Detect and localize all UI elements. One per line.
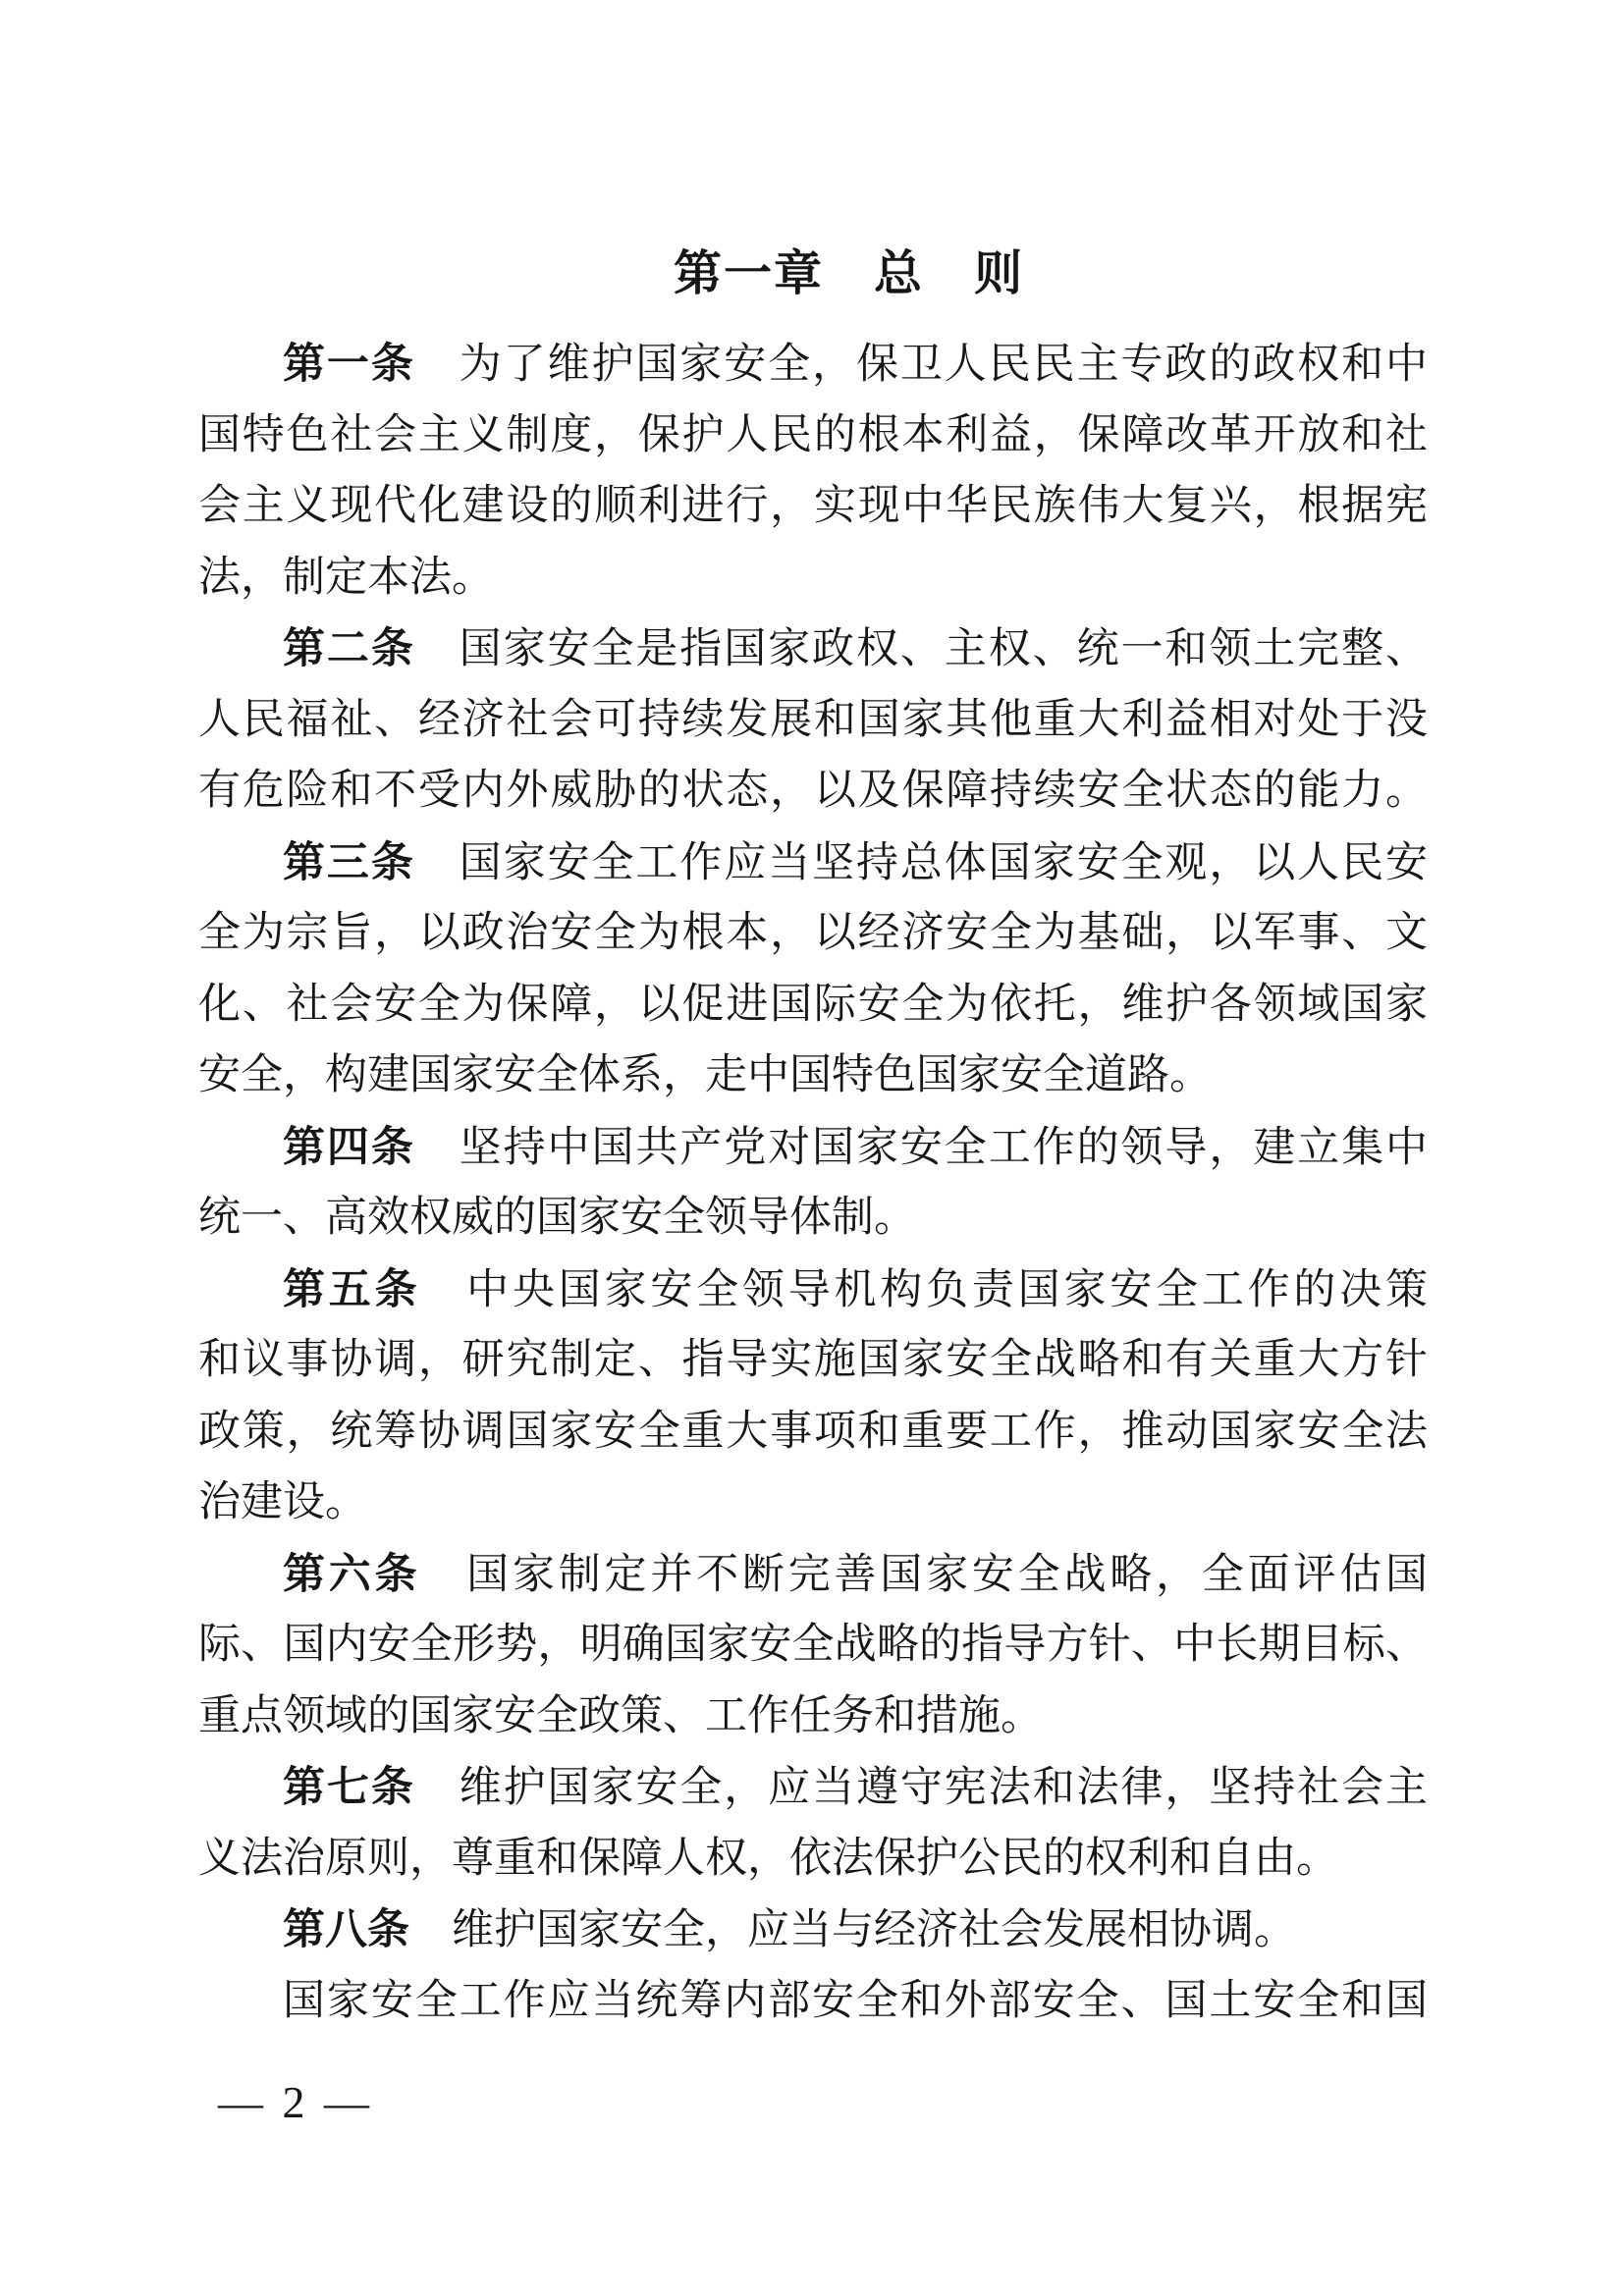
text-line: 政策，统筹协调国家安全重大事项和重要工作，推动国家安全法 [198,1397,1428,1468]
page-number: — 2 — [218,2073,373,2132]
text-line: 全为宗旨，以政治安全为根本，以经济安全为基础，以军事、文 [198,898,1428,970]
line-text: 际、国内安全形势，明确国家安全战略的指导方针、中长期目标、 [198,1622,1428,1668]
text-line: 国特色社会主义制度，保护人民的根本利益，保障改革开放和社 [198,400,1428,472]
line-text: 有危险和不受内外威胁的状态，以及保障持续安全状态的能力。 [198,768,1428,814]
text-line: 化、社会安全为保障，以促进国际安全为依托，维护各领域国家 [198,970,1428,1041]
text-line: 第六条 国家制定并不断完善国家安全战略，全面评估国 [198,1539,1428,1611]
line-text: 重点领域的国家安全政策、工作任务和措施。 [198,1693,1043,1739]
document-body: 第一条 为了维护国家安全，保卫人民民主专政的政权和中国特色社会主义制度，保护人民… [198,329,1428,2037]
chapter-heading: 第一章 总 则 [198,239,1421,309]
line-text: 国特色社会主义制度，保护人民的根本利益，保障改革开放和社 [198,412,1428,458]
line-text: 国家安全是指国家政权、主权、统一和领土完整、 [415,626,1428,672]
text-line: 治建设。 [198,1468,1428,1539]
article-number: 第八条 [283,1906,409,1953]
line-text: 国家安全工作应当坚持总体国家安全观，以人民安 [415,840,1428,886]
line-text: 义法治原则，尊重和保障人权，依法保护公民的权利和自由。 [198,1836,1338,1882]
line-text: 中央国家安全领导机构负责国家安全工作的决策 [420,1267,1428,1313]
text-line: 有危险和不受内外威胁的状态，以及保障持续安全状态的能力。 [198,756,1428,828]
line-text: 统一、高效权威的国家安全领导体制。 [198,1195,916,1241]
text-line: 第五条 中央国家安全领导机构负责国家安全工作的决策 [198,1255,1428,1326]
line-text: 人民福祉、经济社会可持续发展和国家其他重大利益相对处于没 [198,697,1428,743]
line-text: 全为宗旨，以政治安全为根本，以经济安全为基础，以军事、文 [198,910,1428,956]
line-text: 安全，构建国家安全体系，走中国特色国家安全道路。 [198,1052,1212,1098]
text-line: 安全，构建国家安全体系，走中国特色国家安全道路。 [198,1041,1428,1112]
text-line: 会主义现代化建设的顺利进行，实现中华民族伟大复兴，根据宪 [198,471,1428,543]
line-text: 坚持中国共产党对国家安全工作的领导，建立集中 [415,1125,1428,1171]
text-line: 第八条 维护国家安全，应当与经济社会发展相协调。 [198,1895,1428,1966]
text-line: 第一条 为了维护国家安全，保卫人民民主专政的政权和中 [198,329,1428,400]
article-number: 第三条 [283,839,415,886]
text-line: 和议事协调，研究制定、指导实施国家安全战略和有关重大方针 [198,1325,1428,1397]
line-text: 会主义现代化建设的顺利进行，实现中华民族伟大复兴，根据宪 [198,483,1428,529]
text-line: 第三条 国家安全工作应当坚持总体国家安全观，以人民安 [198,828,1428,899]
text-line: 重点领域的国家安全政策、工作任务和措施。 [198,1682,1428,1753]
line-text: 和议事协调，研究制定、指导实施国家安全战略和有关重大方针 [198,1337,1428,1383]
article-number: 第七条 [283,1764,415,1811]
article-number: 第五条 [283,1266,420,1313]
line-text: 化、社会安全为保障，以促进国际安全为依托，维护各领域国家 [198,982,1428,1028]
line-text: 国家制定并不断完善国家安全战略，全面评估国 [420,1552,1428,1598]
line-text: 为了维护国家安全，保卫人民民主专政的政权和中 [415,342,1428,388]
line-text: 法，制定本法。 [198,555,494,601]
article-number: 第六条 [283,1551,420,1598]
text-line: 人民福祉、经济社会可持续发展和国家其他重大利益相对处于没 [198,685,1428,757]
text-line: 统一、高效权威的国家安全领导体制。 [198,1183,1428,1255]
line-text: 国家安全工作应当统筹内部安全和外部安全、国土安全和国 [283,1978,1428,2024]
line-text: 维护国家安全，应当遵守宪法和法律，坚持社会主 [415,1765,1428,1811]
line-text: 政策，统筹协调国家安全重大事项和重要工作，推动国家安全法 [198,1409,1428,1455]
article-number: 第四条 [283,1124,415,1171]
text-line: 法，制定本法。 [198,543,1428,614]
text-line: 义法治原则，尊重和保障人权，依法保护公民的权利和自由。 [198,1824,1428,1896]
text-line: 第四条 坚持中国共产党对国家安全工作的领导，建立集中 [198,1112,1428,1184]
article-number: 第一条 [283,341,415,388]
line-text: 治建设。 [198,1479,367,1525]
text-line: 际、国内安全形势，明确国家安全战略的指导方针、中长期目标、 [198,1610,1428,1682]
document-page: 第一章 总 则 第一条 为了维护国家安全，保卫人民民主专政的政权和中国特色社会主… [0,0,1624,2296]
text-line: 国家安全工作应当统筹内部安全和外部安全、国土安全和国 [198,1966,1428,2038]
article-number: 第二条 [283,625,415,672]
line-text: 维护国家安全，应当与经济社会发展相协调。 [409,1907,1296,1953]
text-line: 第二条 国家安全是指国家政权、主权、统一和领土完整、 [198,614,1428,685]
text-line: 第七条 维护国家安全，应当遵守宪法和法律，坚持社会主 [198,1752,1428,1824]
